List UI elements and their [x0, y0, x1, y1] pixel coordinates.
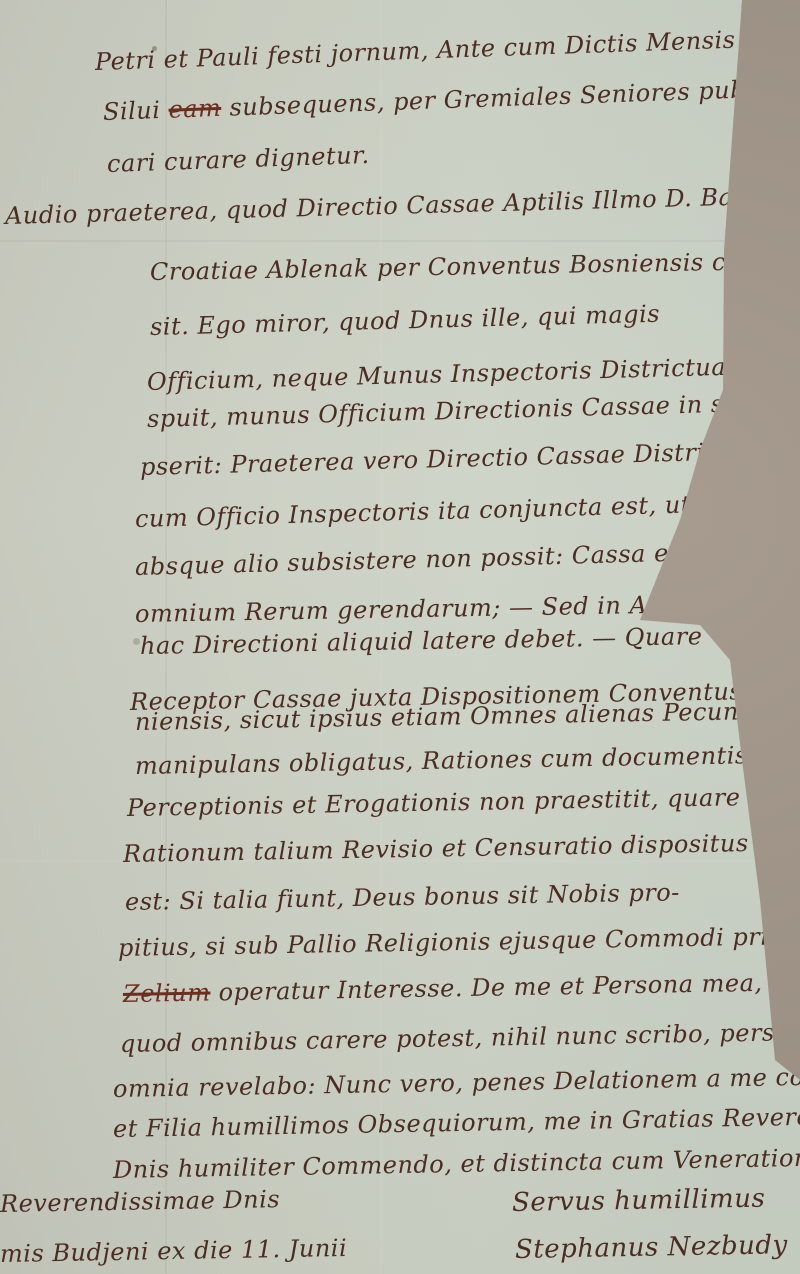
letter-line-3: cari curare dignetur. [107, 141, 370, 178]
letter-line-16: manipulans obligatus, Rationes cum docum… [135, 741, 748, 780]
struck-word: eam [168, 94, 222, 124]
letter-line-19: est: Si talia fiunt, Deus bonus sit Nobi… [125, 878, 680, 916]
letter-line-23: omnia revelabo: Nunc vero, penes Delatio… [113, 1061, 800, 1103]
letter-line-10: cum Officio Inspectoris ita conjuncta es… [135, 489, 745, 533]
letter-line-22: quod omnibus carere potest, nihil nunc s… [120, 1017, 800, 1058]
letter-line-9: pserit: Praeterea vero Directio Cassae D… [140, 436, 789, 481]
manuscript-page: Petri et Pauli festi jornum, Ante cum Di… [0, 0, 800, 1274]
letter-line-7: Officium, neque Munus Inspectoris Distri… [147, 351, 799, 396]
closing-salutation: Servus humillimus [512, 1184, 766, 1218]
paper-fold [0, 240, 740, 242]
letter-line-1: Petri et Pauli festi jornum, Ante cum Di… [95, 23, 800, 76]
signature: Stephanus Nezbudy [515, 1230, 788, 1265]
line-text: Silui [103, 96, 161, 126]
line-text: subsequens, per Gremiales Seniores publi… [229, 75, 771, 122]
letter-line-8: spuit, munus Officium Directionis Cassae… [147, 387, 800, 433]
closing-left-line-1: Reverendissimae Dnis [0, 1185, 280, 1218]
letter-line-2: Silui eam subsequens, per Gremiales Seni… [103, 75, 772, 126]
line-text: operatur Interesse. De me et Persona mea… [218, 969, 762, 1006]
letter-line-18: Rationum talium Revisio et Censuratio di… [123, 828, 800, 868]
letter-line-12: omnium Rerum gerendarum; — Sed in Actu [135, 590, 688, 628]
letter-line-17: Perceptionis et Erogationis non praestit… [127, 783, 741, 822]
closing-left-line-2: mis Budjeni ex die 11. Junii [0, 1234, 347, 1268]
letter-line-4: Audio praeterea, quod Directio Cassae Ap… [5, 182, 774, 230]
letter-line-6: sit. Ego miror, quod Dnus ille, qui magi… [150, 300, 661, 341]
letter-line-21: Zelium operatur Interesse. De me et Pers… [123, 969, 763, 1008]
struck-word: Zelium [123, 978, 211, 1008]
letter-line-5: Croatiae Ablenak per Conventus Bosniensi… [150, 247, 800, 286]
letter-line-20: pitius, si sub Pallio Religionis ejusque… [118, 921, 800, 962]
letter-line-25: Dnis humiliter Commendo, et distincta cu… [113, 1142, 800, 1184]
letter-line-24: et Filia humillimos Obsequiorum, me in G… [113, 1101, 800, 1143]
letter-line-13: hac Directioni aliquid latere debet. — Q… [140, 622, 703, 660]
